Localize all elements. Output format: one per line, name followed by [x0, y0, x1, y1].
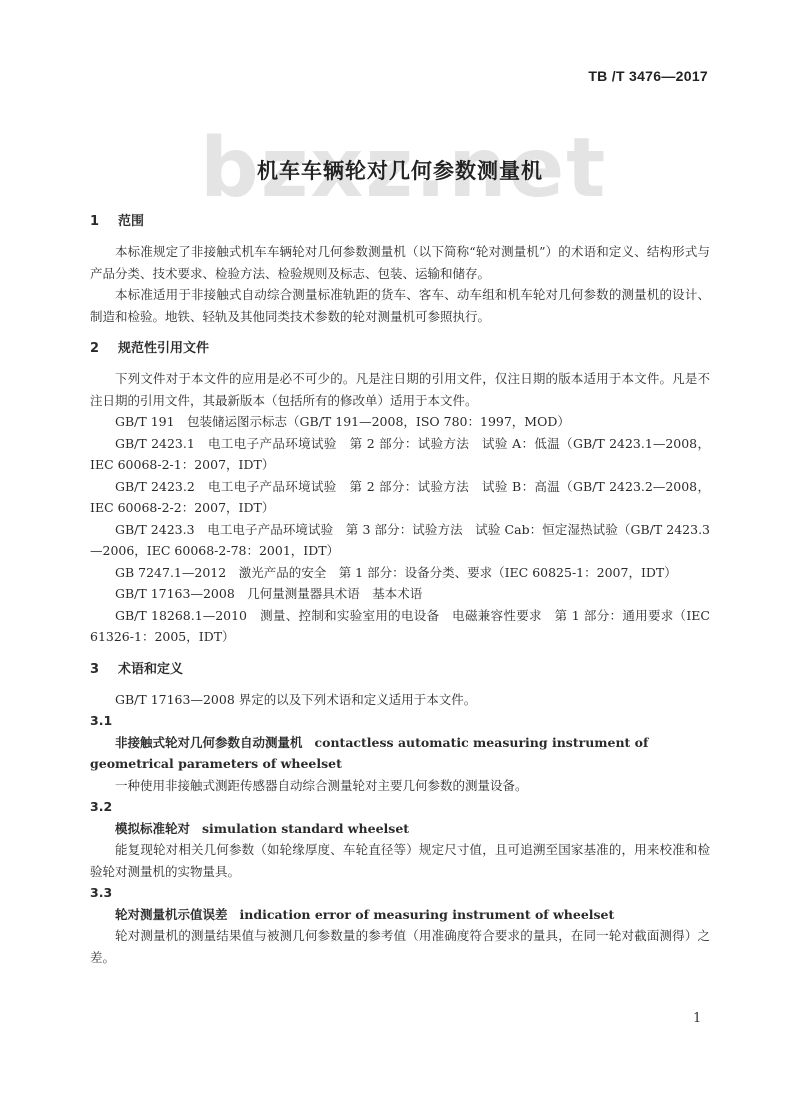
section-title: 范围	[118, 214, 144, 229]
term-number: 3.3	[90, 882, 710, 904]
term-number: 3.2	[90, 796, 710, 818]
reference-item: GB/T 2423.3 电工电子产品环境试验 第 3 部分：试验方法 试验 Ca…	[90, 519, 710, 562]
term-definition: 能复现轮对相关几何参数（如轮缘厚度、车轮直径等）规定尺寸值，且可追溯至国家基准的…	[90, 839, 710, 882]
section-title: 规范性引用文件	[118, 341, 209, 356]
term-zh: 模拟标准轮对	[115, 821, 190, 836]
term-heading: 非接触式轮对几何参数自动测量机contactless automatic mea…	[90, 732, 710, 775]
term-zh: 非接触式轮对几何参数自动测量机	[115, 735, 303, 750]
section-heading-terms-definitions: 3术语和定义	[90, 660, 710, 680]
term-number: 3.1	[90, 710, 710, 732]
term-definition: 一种使用非接触式测距传感器自动综合测量轮对主要几何参数的测量设备。	[90, 775, 710, 797]
reference-item: GB/T 17163—2008 几何量测量器具术语 基本术语	[90, 583, 710, 605]
term-en: simulation standard wheelset	[202, 821, 409, 836]
section-number: 2	[90, 339, 118, 359]
term-heading: 轮对测量机示值误差indication error of measuring i…	[90, 904, 710, 926]
standard-code: TB /T 3476—2017	[588, 68, 708, 84]
section-heading-scope: 1范围	[90, 212, 710, 232]
paragraph: 本标准适用于非接触式自动综合测量标准轨距的货车、客车、动车组和机车轮对几何参数的…	[90, 284, 710, 327]
reference-item: GB 7247.1—2012 激光产品的安全 第 1 部分：设备分类、要求（IE…	[90, 562, 710, 584]
section-title: 术语和定义	[118, 662, 183, 677]
paragraph: 本标准规定了非接触式机车车辆轮对几何参数测量机（以下简称“轮对测量机”）的术语和…	[90, 241, 710, 284]
term-heading: 模拟标准轮对simulation standard wheelset	[90, 818, 710, 840]
document-body: 1范围 本标准规定了非接触式机车车辆轮对几何参数测量机（以下简称“轮对测量机”）…	[90, 212, 710, 968]
section-number: 1	[90, 212, 118, 232]
reference-item: GB/T 191 包装储运图示标志（GB/T 191—2008，ISO 780：…	[90, 411, 710, 433]
section-number: 3	[90, 660, 118, 680]
reference-item: GB/T 2423.1 电工电子产品环境试验 第 2 部分：试验方法 试验 A：…	[90, 433, 710, 476]
term-definition: 轮对测量机的测量结果值与被测几何参数量的参考值（用准确度符合要求的量具，在同一轮…	[90, 925, 710, 968]
document-page: TB /T 3476—2017 bzxz.net 机车车辆轮对几何参数测量机 1…	[0, 0, 800, 1106]
reference-item: GB/T 2423.2 电工电子产品环境试验 第 2 部分：试验方法 试验 B：…	[90, 476, 710, 519]
paragraph: 下列文件对于本文件的应用是必不可少的。凡是注日期的引用文件，仅注日期的版本适用于…	[90, 368, 710, 411]
document-title: 机车车辆轮对几何参数测量机	[0, 155, 800, 185]
term-en: indication error of measuring instrument…	[240, 907, 615, 922]
term-zh: 轮对测量机示值误差	[115, 907, 228, 922]
reference-item: GB/T 18268.1—2010 测量、控制和实验室用的电设备 电磁兼容性要求…	[90, 605, 710, 648]
paragraph: GB/T 17163—2008 界定的以及下列术语和定义适用于本文件。	[90, 689, 710, 711]
page-number: 1	[693, 1011, 701, 1026]
section-heading-normative-references: 2规范性引用文件	[90, 339, 710, 359]
